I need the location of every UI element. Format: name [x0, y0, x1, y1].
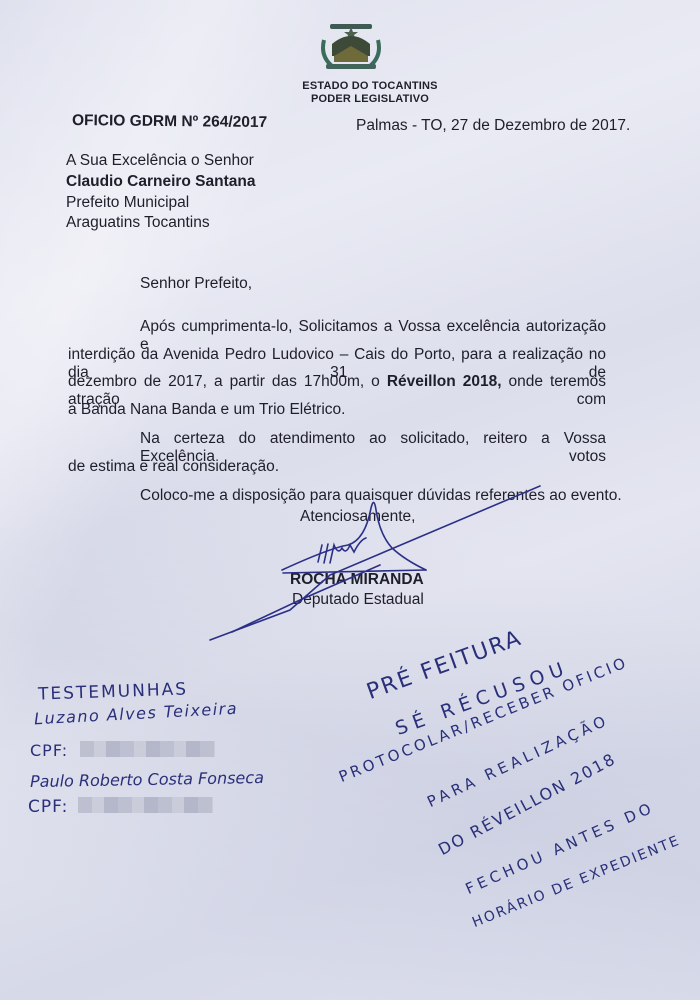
witness2-name: Paulo Roberto Costa Fonseca: [30, 768, 264, 791]
tocantins-coat-of-arms-icon: [318, 22, 384, 74]
recipient-location: Araguatins Tocantins: [66, 214, 210, 232]
body-p2-line2: de estima e real consideração.: [68, 458, 279, 476]
witness-heading: TESTEMUNHAS: [38, 679, 189, 704]
header-state: ESTADO DO TOCANTINS: [290, 80, 450, 92]
recipient-salutation: A Sua Excelência o Senhor: [66, 152, 254, 170]
event-name: Réveillon 2018,: [387, 373, 502, 390]
body-p1-line4: a Banda Nana Banda e um Trio Elétrico.: [68, 401, 345, 419]
letter-reference: OFICIO GDRM Nº 264/2017: [72, 112, 267, 132]
place-date: Palmas - TO, 27 de Dezembro de 2017.: [356, 117, 630, 135]
witness1-cpf-label: CPF:: [30, 741, 68, 760]
greeting: Senhor Prefeito,: [140, 275, 252, 293]
recipient-title: Prefeito Municipal: [66, 194, 189, 212]
signatory-name: ROCHA MIRANDA: [290, 571, 424, 589]
witness2-cpf-label: CPF:: [28, 797, 68, 817]
body-text: dezembro de 2017, a partir das 17h00m, o: [68, 373, 387, 390]
body-p3: Coloco-me a disposição para quaisquer dú…: [140, 487, 622, 505]
recipient-name: Claudio Carneiro Santana: [66, 173, 255, 191]
signatory-role: Deputado Estadual: [292, 591, 424, 609]
closing: Atenciosamente,: [300, 508, 415, 526]
redacted-cpf-2: [78, 797, 213, 813]
redacted-cpf-1: [80, 741, 215, 757]
header-branch: PODER LEGISLATIVO: [290, 93, 450, 105]
